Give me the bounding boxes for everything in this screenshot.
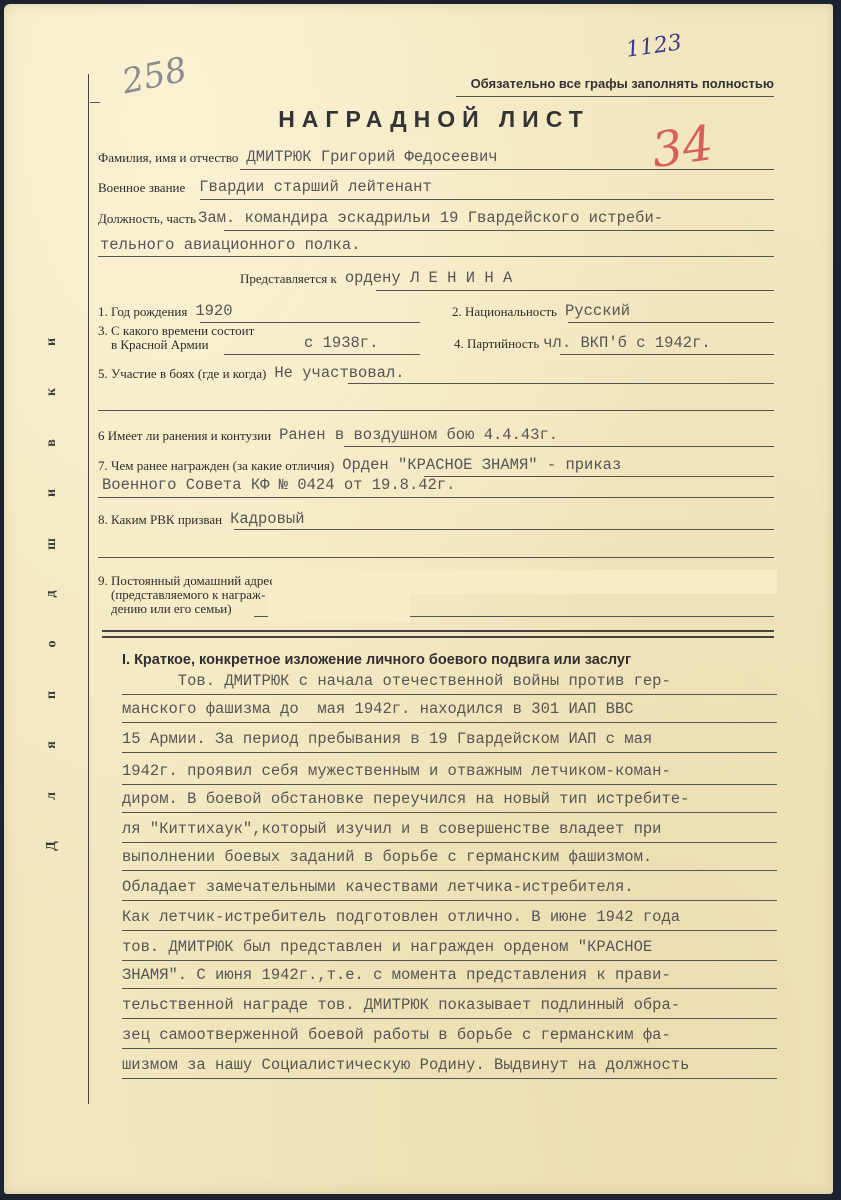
- prior-awards-label: 7. Чем ранее награжден (за какие отличия…: [98, 458, 334, 474]
- merit-text-line: Как летчик-истребитель подготовлен отлич…: [122, 908, 777, 931]
- field-underline: [568, 322, 774, 323]
- merit-text-line: шизмом за нашу Социалистическую Родину. …: [122, 1056, 777, 1079]
- margin-letter: п: [44, 691, 60, 699]
- award-sheet-paper: Д л я п о д ш и в к и 258 1123 34 Обязат…: [4, 4, 833, 1194]
- field-underline: [98, 497, 774, 498]
- margin-letter: и: [44, 489, 60, 497]
- address-label-line-3: дению или его семьи): [98, 602, 279, 616]
- field-underline: [344, 446, 774, 447]
- merit-text-line: ЗНАМЯ". С июня 1942г.,т.е. с момента пре…: [122, 966, 777, 989]
- merit-text-line: диром. В боевой обстановке переучился на…: [122, 790, 777, 813]
- section-heading: I. Краткое, конкретное изложение личного…: [122, 652, 631, 668]
- merit-text-line: тов. ДМИТРЮК был представлен и награжден…: [122, 938, 777, 961]
- margin-letter: д: [44, 590, 60, 597]
- wounds-value: Ранен в воздушном бою 4.4.43г.: [279, 426, 558, 444]
- field-underline: [98, 256, 774, 257]
- wounds-label: 6 Имеет ли ранения и контузии: [98, 428, 271, 444]
- margin-rule: [88, 74, 89, 1104]
- field-underline: [234, 529, 774, 530]
- nationality-value: Русский: [565, 302, 630, 320]
- margin-letter: о: [44, 641, 60, 648]
- field-wounds: 6 Имеет ли ранения и контузии Ранен в во…: [98, 426, 558, 444]
- section-divider: [102, 630, 774, 638]
- prior-awards-value-line-2: Военного Совета КФ № 0424 от 19.8.42г.: [102, 476, 455, 494]
- rvk-label: 8. Каким РВК призван: [98, 512, 222, 528]
- battles-label: 5. Участие в боях (где и когда): [98, 366, 266, 382]
- field-rvk: 8. Каким РВК призван Кадровый: [98, 510, 305, 528]
- field-battles: 5. Участие в боях (где и когда) Не участ…: [98, 364, 405, 382]
- field-underline: [424, 476, 774, 477]
- field-nationality: 2. Национальность Русский: [452, 302, 630, 320]
- field-nominated-for: Представляется к ордену Л Е Н И Н А: [240, 269, 512, 287]
- field-underline: [98, 410, 774, 411]
- margin-letter: ш: [44, 538, 60, 550]
- field-party: 4. Партийность чл. ВКП'б с 1942г.: [454, 334, 711, 352]
- margin-letter: в: [44, 439, 60, 447]
- margin-letter: и: [44, 338, 60, 346]
- nominated-value: ордену Л Е Н И Н А: [345, 269, 512, 287]
- battles-value: Не участвовал.: [274, 364, 404, 382]
- party-label: 4. Партийность: [454, 336, 539, 352]
- redacted-address-area: [268, 594, 410, 622]
- rank-label: Военное звание: [98, 180, 185, 196]
- margin-caption: Д л я п о д ш и в к и: [42, 334, 62, 854]
- field-underline: [376, 290, 774, 291]
- nominated-label: Представляется к: [240, 271, 337, 287]
- merit-text-line: 15 Армии. За период пребывания в 19 Гвар…: [122, 730, 777, 753]
- redacted-address-area: [272, 570, 777, 594]
- field-name: Фамилия, имя и отчество ДМИТРЮК Григорий…: [98, 148, 498, 166]
- rank-value: Гвардии старший лейтенант: [199, 178, 432, 196]
- field-army-since: 3. С какого времени состоит в Красной Ар…: [98, 324, 254, 352]
- margin-letter: л: [44, 792, 60, 800]
- document-title: НАГРАДНОЙ ЛИСТ: [204, 106, 664, 133]
- field-rank: Военное звание Гвардии старший лейтенант: [98, 178, 432, 196]
- name-label: Фамилия, имя и отчество: [98, 150, 238, 166]
- army-since-value: с 1938г.: [304, 334, 378, 352]
- position-value-line-1: Зам. командира эскадрильи 19 Гвардейског…: [198, 209, 663, 227]
- merit-text-line: выполнении боевых заданий в борьбе с гер…: [122, 848, 777, 871]
- merit-text-line: Тов. ДМИТРЮК с начала отечественной войн…: [122, 672, 777, 695]
- field-underline: [224, 230, 774, 231]
- address-label-line-1: 9. Постоянный домашний адрес:: [98, 574, 279, 588]
- birth-year-label: 1. Год рождения: [98, 304, 187, 320]
- field-underline: [98, 557, 774, 558]
- address-label-line-2: (представляемого к награж-: [98, 588, 279, 602]
- margin-letter: к: [44, 388, 60, 396]
- position-value-line-2: тельного авиационного полка.: [100, 236, 360, 254]
- margin-letter: я: [44, 741, 60, 749]
- merit-text-line: зец самоотверженной боевой работы в борь…: [122, 1026, 777, 1049]
- army-since-label-line-2: в Красной Армии: [98, 338, 254, 352]
- army-since-label-line-1: 3. С какого времени состоит: [98, 324, 254, 338]
- field-underline: [200, 199, 774, 200]
- merit-text-line: 1942г. проявил себя мужественным и отваж…: [122, 762, 777, 785]
- field-position: Должность, часть Зам. командира эскадрил…: [98, 209, 663, 227]
- handwritten-archive-number: 1123: [625, 30, 684, 63]
- field-underline: [560, 354, 774, 355]
- margin-tick: [90, 102, 100, 103]
- merit-text-line: манского фашизма до мая 1942г. находился…: [122, 700, 777, 723]
- nationality-label: 2. Национальность: [452, 304, 557, 320]
- merit-text-line: Обладает замечательными качествами летчи…: [122, 878, 777, 901]
- birth-year-value: 1920: [195, 302, 232, 320]
- fill-all-fields-notice: Обязательно все графы заполнять полность…: [456, 76, 774, 97]
- field-underline: [240, 169, 774, 170]
- merit-text-line: ля "Киттихаук",который изучил и в соверш…: [122, 820, 777, 843]
- field-underline: [224, 354, 420, 355]
- field-home-address: 9. Постоянный домашний адрес: (представл…: [98, 574, 279, 616]
- name-value: ДМИТРЮК Григорий Федосеевич: [246, 148, 497, 166]
- party-value: чл. ВКП'б с 1942г.: [543, 334, 710, 352]
- field-birth-year: 1. Год рождения 1920: [98, 302, 233, 320]
- margin-letter: Д: [44, 841, 60, 851]
- merit-text-line: тельственной награде тов. ДМИТРЮК показы…: [122, 996, 777, 1019]
- field-prior-awards: 7. Чем ранее награжден (за какие отличия…: [98, 456, 621, 474]
- field-underline: [348, 383, 774, 384]
- position-label: Должность, часть: [98, 211, 196, 227]
- rvk-value: Кадровый: [230, 510, 304, 528]
- prior-awards-value-line-1: Орден "КРАСНОЕ ЗНАМЯ" - приказ: [342, 456, 621, 474]
- handwritten-page-number: 258: [119, 50, 191, 103]
